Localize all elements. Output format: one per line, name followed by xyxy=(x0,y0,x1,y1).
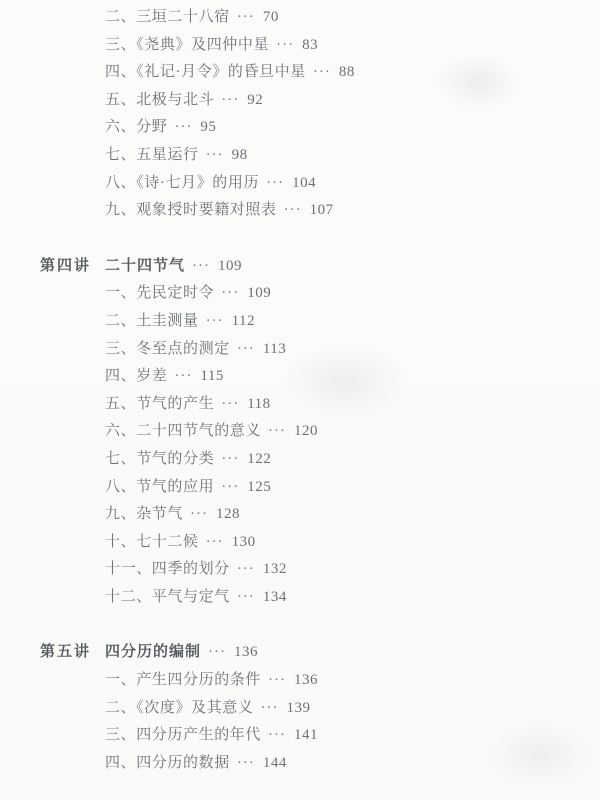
toc-entry-label: 三、四分历产生的年代 xyxy=(105,727,261,743)
section-title: 二十四节气 xyxy=(105,258,185,274)
dot-leader: ··· xyxy=(221,92,239,108)
toc-entry-label: 五、节气的产生 xyxy=(105,396,214,412)
dot-leader: ··· xyxy=(190,506,208,522)
dot-leader: ··· xyxy=(174,368,192,384)
toc-entry-page: 112 xyxy=(232,313,255,329)
toc-section-header: 第五讲四分历的编制···136 xyxy=(0,639,600,667)
dot-leader: ··· xyxy=(237,9,255,25)
toc-entry: 二、《次度》及其意义···139 xyxy=(0,695,600,723)
toc-entry: 十二、平气与定气···134 xyxy=(0,584,600,612)
dot-leader: ··· xyxy=(276,37,294,53)
toc-entry-label: 四、《礼记·月令》的昏旦中星 xyxy=(105,64,306,80)
toc-entry: 六、分野···95 xyxy=(0,114,600,142)
toc-entry-label: 十、七十二候 xyxy=(105,534,199,550)
toc-entry: 五、节气的产生···118 xyxy=(0,391,600,419)
toc-entry-page: 128 xyxy=(216,506,240,522)
dot-leader: ··· xyxy=(268,423,286,439)
toc-entry-page: 120 xyxy=(294,423,318,439)
dot-leader: ··· xyxy=(208,644,226,660)
toc-entry: 十一、四季的划分···132 xyxy=(0,556,600,584)
toc-entry-page: 109 xyxy=(247,285,271,301)
toc-entry-page: 132 xyxy=(263,561,287,577)
toc-entry: 七、五星运行···98 xyxy=(0,142,600,170)
toc-entry: 一、先民定时令···109 xyxy=(0,280,600,308)
toc-entry: 八、《诗·七月》的用历···104 xyxy=(0,170,600,198)
toc-entry-page: 104 xyxy=(292,175,316,191)
toc-continuation-block: 二、三垣二十八宿···70 三、《尧典》及四仲中星···83 四、《礼记·月令》… xyxy=(0,4,600,225)
toc-entry-label: 六、分野 xyxy=(105,119,167,135)
toc-entry: 四、岁差···115 xyxy=(0,363,600,391)
toc-entry-page: 88 xyxy=(339,64,355,80)
section-number-label: 第四讲 xyxy=(40,253,91,281)
dot-leader: ··· xyxy=(313,64,331,80)
toc-entry-page: 125 xyxy=(247,479,271,495)
dot-leader: ··· xyxy=(206,534,224,550)
toc-entry-label: 九、观象授时要籍对照表 xyxy=(105,202,277,218)
dot-leader: ··· xyxy=(221,396,239,412)
toc-section-lecture-4: 第四讲二十四节气···109 一、先民定时令···109 二、土圭测量···11… xyxy=(0,253,600,612)
toc-entry-label: 八、节气的应用 xyxy=(105,479,214,495)
toc-entry: 七、节气的分类···122 xyxy=(0,446,600,474)
dot-leader: ··· xyxy=(268,672,286,688)
table-of-contents: 二、三垣二十八宿···70 三、《尧典》及四仲中星···83 四、《礼记·月令》… xyxy=(0,4,600,777)
toc-entry-label: 二、土圭测量 xyxy=(105,313,199,329)
toc-entry-label: 十二、平气与定气 xyxy=(105,589,230,605)
toc-entry: 六、二十四节气的意义···120 xyxy=(0,418,600,446)
toc-entry-page: 115 xyxy=(200,368,223,384)
dot-leader: ··· xyxy=(261,700,279,716)
toc-entry-page: 92 xyxy=(247,92,263,108)
dot-leader: ··· xyxy=(266,175,284,191)
toc-entry: 三、四分历产生的年代···141 xyxy=(0,722,600,750)
toc-entry: 三、《尧典》及四仲中星···83 xyxy=(0,32,600,60)
toc-entry: 八、节气的应用···125 xyxy=(0,474,600,502)
toc-entry-label: 九、杂节气 xyxy=(105,506,183,522)
toc-entry: 五、北极与北斗···92 xyxy=(0,87,600,115)
toc-entry-page: 136 xyxy=(294,672,318,688)
dot-leader: ··· xyxy=(237,561,255,577)
toc-entry-label: 六、二十四节气的意义 xyxy=(105,423,261,439)
toc-entry-label: 四、四分历的数据 xyxy=(105,755,230,771)
dot-leader: ··· xyxy=(206,313,224,329)
toc-entry-page: 113 xyxy=(263,341,286,357)
toc-entry-page: 70 xyxy=(263,9,279,25)
toc-entry: 三、冬至点的测定···113 xyxy=(0,336,600,364)
toc-entry-label: 二、三垣二十八宿 xyxy=(105,9,230,25)
toc-entry-page: 95 xyxy=(200,119,216,135)
section-page: 136 xyxy=(234,644,258,660)
scanned-book-page: 二、三垣二十八宿···70 三、《尧典》及四仲中星···83 四、《礼记·月令》… xyxy=(0,0,600,800)
toc-entry-label: 五、北极与北斗 xyxy=(105,92,214,108)
toc-entry-label: 二、《次度》及其意义 xyxy=(105,700,254,716)
toc-entry-label: 一、先民定时令 xyxy=(105,285,214,301)
toc-entry-label: 十一、四季的划分 xyxy=(105,561,230,577)
toc-entry-page: 118 xyxy=(247,396,270,412)
dot-leader: ··· xyxy=(284,202,302,218)
dot-leader: ··· xyxy=(174,119,192,135)
toc-entry: 十、七十二候···130 xyxy=(0,529,600,557)
dot-leader: ··· xyxy=(268,727,286,743)
dot-leader: ··· xyxy=(237,341,255,357)
toc-entry-label: 三、冬至点的测定 xyxy=(105,341,230,357)
toc-entry-label: 八、《诗·七月》的用历 xyxy=(105,175,259,191)
toc-entry: 一、产生四分历的条件···136 xyxy=(0,667,600,695)
section-title: 四分历的编制 xyxy=(105,644,201,660)
section-page: 109 xyxy=(218,258,242,274)
dot-leader: ··· xyxy=(221,451,239,467)
toc-section-lecture-5: 第五讲四分历的编制···136 一、产生四分历的条件···136 二、《次度》及… xyxy=(0,639,600,777)
toc-entry-page: 130 xyxy=(232,534,256,550)
toc-entry-page: 141 xyxy=(294,727,318,743)
toc-entry-page: 83 xyxy=(302,37,318,53)
dot-leader: ··· xyxy=(206,147,224,163)
toc-entry-label: 七、节气的分类 xyxy=(105,451,214,467)
toc-entry: 九、观象授时要籍对照表···107 xyxy=(0,197,600,225)
toc-entry-page: 98 xyxy=(232,147,248,163)
dot-leader: ··· xyxy=(221,479,239,495)
toc-entry-label: 一、产生四分历的条件 xyxy=(105,672,261,688)
dot-leader: ··· xyxy=(237,589,255,605)
toc-entry: 九、杂节气···128 xyxy=(0,501,600,529)
toc-entry-label: 四、岁差 xyxy=(105,368,167,384)
dot-leader: ··· xyxy=(221,285,239,301)
toc-entry-label: 七、五星运行 xyxy=(105,147,199,163)
toc-entry-page: 139 xyxy=(287,700,311,716)
toc-entry-page: 122 xyxy=(247,451,271,467)
toc-entry-page: 107 xyxy=(310,202,334,218)
dot-leader: ··· xyxy=(237,755,255,771)
toc-entry: 四、《礼记·月令》的昏旦中星···88 xyxy=(0,59,600,87)
toc-entry-page: 144 xyxy=(263,755,287,771)
toc-entry: 二、三垣二十八宿···70 xyxy=(0,4,600,32)
section-number-label: 第五讲 xyxy=(40,639,91,667)
toc-section-header: 第四讲二十四节气···109 xyxy=(0,253,600,281)
dot-leader: ··· xyxy=(192,258,210,274)
toc-entry: 二、土圭测量···112 xyxy=(0,308,600,336)
toc-entry-label: 三、《尧典》及四仲中星 xyxy=(105,37,269,53)
toc-entry: 四、四分历的数据···144 xyxy=(0,750,600,778)
toc-entry-page: 134 xyxy=(263,589,287,605)
